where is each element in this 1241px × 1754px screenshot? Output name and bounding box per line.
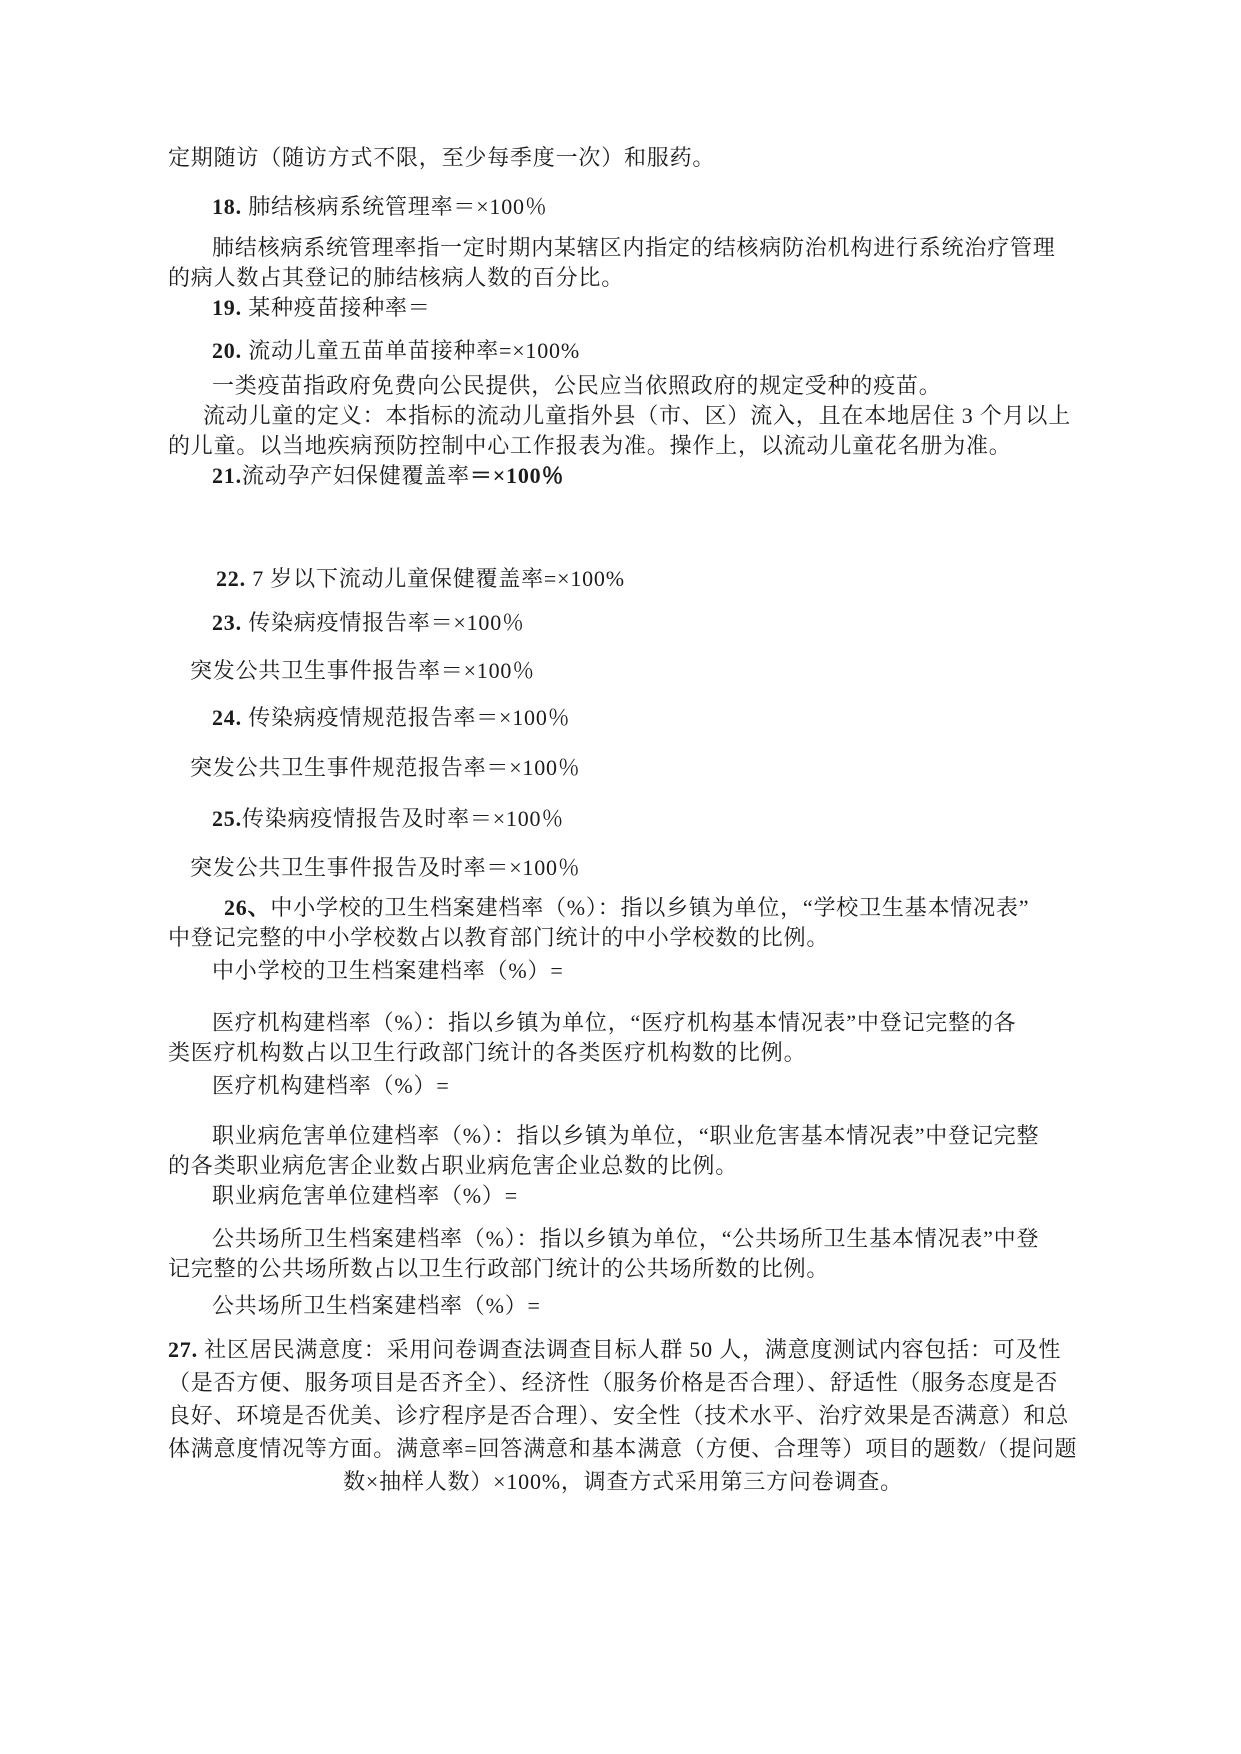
item-27-line-1: 27. 社区居民满意度：采用问卷调查法调查目标人群 50 人，满意度测试内容包括… <box>168 1333 1078 1366</box>
line-text: 7 岁以下流动儿童保健覆盖率=×100% <box>246 566 625 591</box>
medical-org-formula: 医疗机构建档率（%）= <box>168 1071 1078 1101</box>
line-text: 的儿童。以当地疾病预防控制中心工作报表为准。操作上，以流动儿童花名册为准。 <box>168 433 1012 458</box>
occupational-hazard-para-1: 职业病危害单位建档率（%）：指以乡镇为单位，“职业危害基本情况表”中登记完整 <box>168 1121 1078 1151</box>
line-text: 医疗机构建档率（%）：指以乡镇为单位，“医疗机构基本情况表”中登记完整的各 <box>212 1010 1016 1035</box>
bold-formula-suffix: ＝×100％ <box>470 463 564 488</box>
medical-org-para-1: 医疗机构建档率（%）：指以乡镇为单位，“医疗机构基本情况表”中登记完整的各 <box>168 1008 1078 1038</box>
line-text: 定期随访（随访方式不限，至少每季度一次）和服药。 <box>168 145 715 170</box>
item-number: 26、 <box>224 895 270 920</box>
followup-medication-line: 定期随访（随访方式不限，至少每季度一次）和服药。 <box>168 143 1078 173</box>
emergency-timely-report-rate-formula: 突发公共卫生事件报告及时率＝×100％ <box>168 853 1078 883</box>
migrant-children-def-1: 流动儿童的定义：本指标的流动儿童指外县（市、区）流入，且在本地居住 3 个月以上 <box>168 401 1078 431</box>
vaccine-class-note: 一类疫苗指政府免费向公民提供，公民应当依照政府的规定受种的疫苗。 <box>168 371 1078 401</box>
line-text: 流动儿童五苗单苗接种率=×100% <box>242 338 580 363</box>
item-number: 22. <box>216 566 246 591</box>
public-place-para-1: 公共场所卫生档案建档率（%）：指以乡镇为单位，“公共场所卫生基本情况表”中登 <box>168 1224 1078 1254</box>
public-place-para-2: 记完整的公共场所数占以卫生行政部门统计的公共场所数的比例。 <box>168 1254 1078 1284</box>
line-text: 突发公共卫生事件报告率＝×100％ <box>190 658 535 683</box>
item-27-line-3: 良好、环境是否优美、诊疗程序是否合理）、安全性（技术水平、治疗效果是否满意）和总 <box>168 1399 1078 1432</box>
line-text: 的各类职业病危害企业数占职业病危害企业总数的比例。 <box>168 1153 738 1178</box>
line-text: 公共场所卫生档案建档率（%）：指以乡镇为单位，“公共场所卫生基本情况表”中登 <box>212 1226 1039 1251</box>
occupational-hazard-formula: 职业病危害单位建档率（%）= <box>168 1181 1078 1211</box>
line-text: 类医疗机构数占以卫生行政部门统计的各类医疗机构数的比例。 <box>168 1040 806 1065</box>
line-text: 传染病疫情报告率＝×100％ <box>242 610 525 635</box>
emergency-standard-report-rate-formula: 突发公共卫生事件规范报告率＝×100％ <box>168 753 1078 783</box>
line-text: 体满意度情况等方面。满意率=回答满意和基本满意（方便、合理等）项目的题数/（提问… <box>168 1436 1077 1461</box>
item-26-line-1: 26、中小学校的卫生档案建档率（%）：指以乡镇为单位，“学校卫生基本情况表” <box>168 893 1078 923</box>
line-text: 流动儿童的定义：本指标的流动儿童指外县（市、区）流入，且在本地居住 3 个月以上 <box>203 403 1071 428</box>
line-text: （是否方便、服务项目是否齐全）、经济性（服务价格是否合理）、舒适性（服务态度是否 <box>168 1370 1058 1395</box>
item-21-formula: 21.流动孕产妇保健覆盖率＝×100％ <box>168 461 1078 491</box>
line-text: 肺结核病系统管理率＝×100％ <box>242 194 548 219</box>
item-25-formula: 25.传染病疫情报告及时率＝×100％ <box>168 804 1078 834</box>
line-text: 中小学校的卫生档案建档率（%）：指以乡镇为单位，“学校卫生基本情况表” <box>270 895 1029 920</box>
line-text: 社区居民满意度：采用问卷调查法调查目标人群 50 人，满意度测试内容包括：可及性 <box>198 1337 1061 1362</box>
item-23-formula: 23. 传染病疫情报告率＝×100％ <box>168 608 1078 638</box>
line-text: 肺结核病系统管理率指一定时期内某辖区内指定的结核病防治机构进行系统治疗管理 <box>212 235 1056 260</box>
item-number: 20. <box>212 338 242 363</box>
item-24-formula: 24. 传染病疫情规范报告率＝×100％ <box>168 703 1078 733</box>
item-number: 23. <box>212 610 242 635</box>
item-27-line-2: （是否方便、服务项目是否齐全）、经济性（服务价格是否合理）、舒适性（服务态度是否 <box>168 1366 1078 1399</box>
item-26-line-2: 中登记完整的中小学校数占以教育部门统计的中小学校数的比例。 <box>168 923 1078 953</box>
line-text: 医疗机构建档率（%）= <box>212 1073 450 1098</box>
line-text: 传染病疫情报告及时率＝×100％ <box>242 806 564 831</box>
item-27-line-4: 体满意度情况等方面。满意率=回答满意和基本满意（方便、合理等）项目的题数/（提问… <box>168 1432 1078 1465</box>
item-18-desc-2: 的病人数占其登记的肺结核病人数的百分比。 <box>168 263 1078 293</box>
line-text: 一类疫苗指政府免费向公民提供，公民应当依照政府的规定受种的疫苗。 <box>212 373 942 398</box>
item-number: 21. <box>212 463 242 488</box>
line-text: 传染病疫情规范报告率＝×100％ <box>242 705 571 730</box>
emergency-report-rate-formula: 突发公共卫生事件报告率＝×100％ <box>168 656 1078 686</box>
item-number: 25. <box>212 806 242 831</box>
line-text: 某种疫苗接种率＝ <box>242 295 431 320</box>
item-27-line-5-centered: 数×抽样人数）×100%，调查方式采用第三方问卷调查。 <box>168 1465 1078 1498</box>
item-number: 24. <box>212 705 242 730</box>
document-page: 定期随访（随访方式不限，至少每季度一次）和服药。 18. 肺结核病系统管理率＝×… <box>0 0 1241 1754</box>
school-archive-formula: 中小学校的卫生档案建档率（%）= <box>168 956 1078 986</box>
item-18-desc-1: 肺结核病系统管理率指一定时期内某辖区内指定的结核病防治机构进行系统治疗管理 <box>168 233 1078 263</box>
line-text: 突发公共卫生事件报告及时率＝×100％ <box>190 855 581 880</box>
line-text: 职业病危害单位建档率（%）：指以乡镇为单位，“职业危害基本情况表”中登记完整 <box>212 1123 1039 1148</box>
item-20-formula: 20. 流动儿童五苗单苗接种率=×100% <box>168 336 1078 366</box>
document-body: 定期随访（随访方式不限，至少每季度一次）和服药。 18. 肺结核病系统管理率＝×… <box>168 143 1078 1498</box>
line-text: 数×抽样人数）×100%，调查方式采用第三方问卷调查。 <box>343 1469 903 1494</box>
medical-org-para-2: 类医疗机构数占以卫生行政部门统计的各类医疗机构数的比例。 <box>168 1038 1078 1068</box>
item-19-formula: 19. 某种疫苗接种率＝ <box>168 293 1078 323</box>
line-text: 突发公共卫生事件规范报告率＝×100％ <box>190 755 581 780</box>
line-text: 记完整的公共场所数占以卫生行政部门统计的公共场所数的比例。 <box>168 1256 829 1281</box>
line-text: 职业病危害单位建档率（%）= <box>212 1183 518 1208</box>
line-text: 中登记完整的中小学校数占以教育部门统计的中小学校数的比例。 <box>168 925 829 950</box>
item-number: 19. <box>212 295 242 320</box>
item-number: 27. <box>168 1337 198 1362</box>
item-22-formula: 22. 7 岁以下流动儿童保健覆盖率=×100% <box>168 564 1078 594</box>
line-text: 中小学校的卫生档案建档率（%）= <box>212 958 564 983</box>
item-number: 18. <box>212 194 242 219</box>
line-text: 的病人数占其登记的肺结核病人数的百分比。 <box>168 265 624 290</box>
line-text: 公共场所卫生档案建档率（%）= <box>212 1293 541 1318</box>
item-18-formula: 18. 肺结核病系统管理率＝×100％ <box>168 192 1078 222</box>
occupational-hazard-para-2: 的各类职业病危害企业数占职业病危害企业总数的比例。 <box>168 1151 1078 1181</box>
migrant-children-def-2: 的儿童。以当地疾病预防控制中心工作报表为准。操作上，以流动儿童花名册为准。 <box>168 431 1078 461</box>
line-text: 流动孕产妇保健覆盖率 <box>242 463 470 488</box>
line-text: 良好、环境是否优美、诊疗程序是否合理）、安全性（技术水平、治疗效果是否满意）和总 <box>168 1403 1069 1428</box>
public-place-formula: 公共场所卫生档案建档率（%）= <box>168 1291 1078 1321</box>
